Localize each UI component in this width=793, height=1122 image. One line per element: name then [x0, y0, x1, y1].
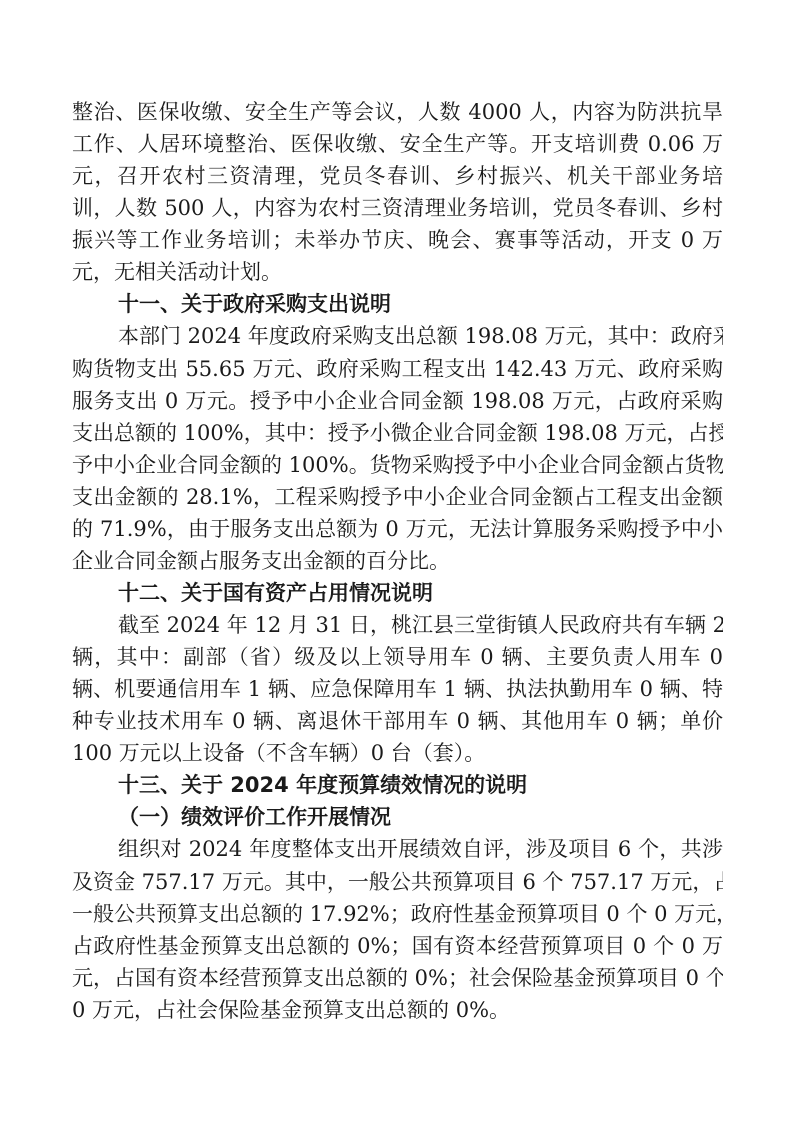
section-heading-state-assets: 十二、关于国有资产占用情况说明: [72, 577, 723, 609]
subsection-heading-performance-evaluation: （一）绩效评价工作开展情况: [72, 801, 723, 833]
text-line: 支出金额的 28.1%，工程采购授予中小企业合同金额占工程支出金额: [72, 481, 723, 513]
text-line: 的 71.9%，由于服务支出总额为 0 万元，无法计算服务采购授予中小: [72, 513, 723, 545]
paragraph-government-procurement: 本部门 2024 年度政府采购支出总额 198.08 万元，其中：政府采 购货物…: [72, 320, 723, 577]
text-line: 予中小企业合同金额的 100%。货物采购授予中小企业合同金额占货物: [72, 449, 723, 481]
text-line: 本部门 2024 年度政府采购支出总额 198.08 万元，其中：政府采: [72, 320, 723, 352]
text-line: 企业合同金额占服务支出金额的百分比。: [72, 545, 723, 577]
section-heading-budget-performance: 十三、关于 2024 年度预算绩效情况的说明: [72, 769, 723, 801]
text-line: 购货物支出 55.65 万元、政府采购工程支出 142.43 万元、政府采购: [72, 353, 723, 385]
text-line: 0 万元，占社会保险基金预算支出总额的 0%。: [72, 994, 723, 1026]
text-line: 截至 2024 年 12 月 31 日，桃江县三堂街镇人民政府共有车辆 2: [72, 609, 723, 641]
text-line: 训，人数 500 人，内容为农村三资清理业务培训，党员冬春训、乡村: [72, 192, 723, 224]
document-page: 整治、医保收缴、安全生产等会议，人数 4000 人，内容为防洪抗旱 工作、人居环…: [72, 96, 723, 1026]
text-line: 振兴等工作业务培训；未举办节庆、晚会、赛事等活动，开支 0 万: [72, 224, 723, 256]
text-line: 服务支出 0 万元。授予中小企业合同金额 198.08 万元，占政府采购: [72, 385, 723, 417]
section-heading-government-procurement: 十一、关于政府采购支出说明: [72, 288, 723, 320]
text-line: 整治、医保收缴、安全生产等会议，人数 4000 人，内容为防洪抗旱: [72, 96, 723, 128]
text-line: 组织对 2024 年度整体支出开展绩效自评，涉及项目 6 个，共涉: [72, 833, 723, 865]
paragraph-meetings-training: 整治、医保收缴、安全生产等会议，人数 4000 人，内容为防洪抗旱 工作、人居环…: [72, 96, 723, 288]
text-line: 工作、人居环境整治、医保收缴、安全生产等。开支培训费 0.06 万: [72, 128, 723, 160]
text-line: 一般公共预算支出总额的 17.92%；政府性基金预算项目 0 个 0 万元，: [72, 898, 723, 930]
text-line: 种专业技术用车 0 辆、离退休干部用车 0 辆、其他用车 0 辆；单价: [72, 705, 723, 737]
text-line: 辆、机要通信用车 1 辆、应急保障用车 1 辆、执法执勤用车 0 辆、特: [72, 673, 723, 705]
text-line: 辆，其中：副部（省）级及以上领导用车 0 辆、主要负责人用车 0: [72, 641, 723, 673]
text-line: 及资金 757.17 万元。其中，一般公共预算项目 6 个 757.17 万元，…: [72, 866, 723, 898]
text-line: 元，召开农村三资清理，党员冬春训、乡村振兴、机关干部业务培: [72, 160, 723, 192]
text-line: 100 万元以上设备（不含车辆）0 台（套）。: [72, 737, 723, 769]
text-line: 元，占国有资本经营预算支出总额的 0%；社会保险基金预算项目 0 个: [72, 962, 723, 994]
text-line: 支出总额的 100%，其中：授予小微企业合同金额 198.08 万元，占授: [72, 417, 723, 449]
paragraph-performance-evaluation: 组织对 2024 年度整体支出开展绩效自评，涉及项目 6 个，共涉 及资金 75…: [72, 833, 723, 1025]
text-line: 元，无相关活动计划。: [72, 256, 723, 288]
paragraph-state-assets: 截至 2024 年 12 月 31 日，桃江县三堂街镇人民政府共有车辆 2 辆，…: [72, 609, 723, 769]
text-line: 占政府性基金预算支出总额的 0%；国有资本经营预算项目 0 个 0 万: [72, 930, 723, 962]
